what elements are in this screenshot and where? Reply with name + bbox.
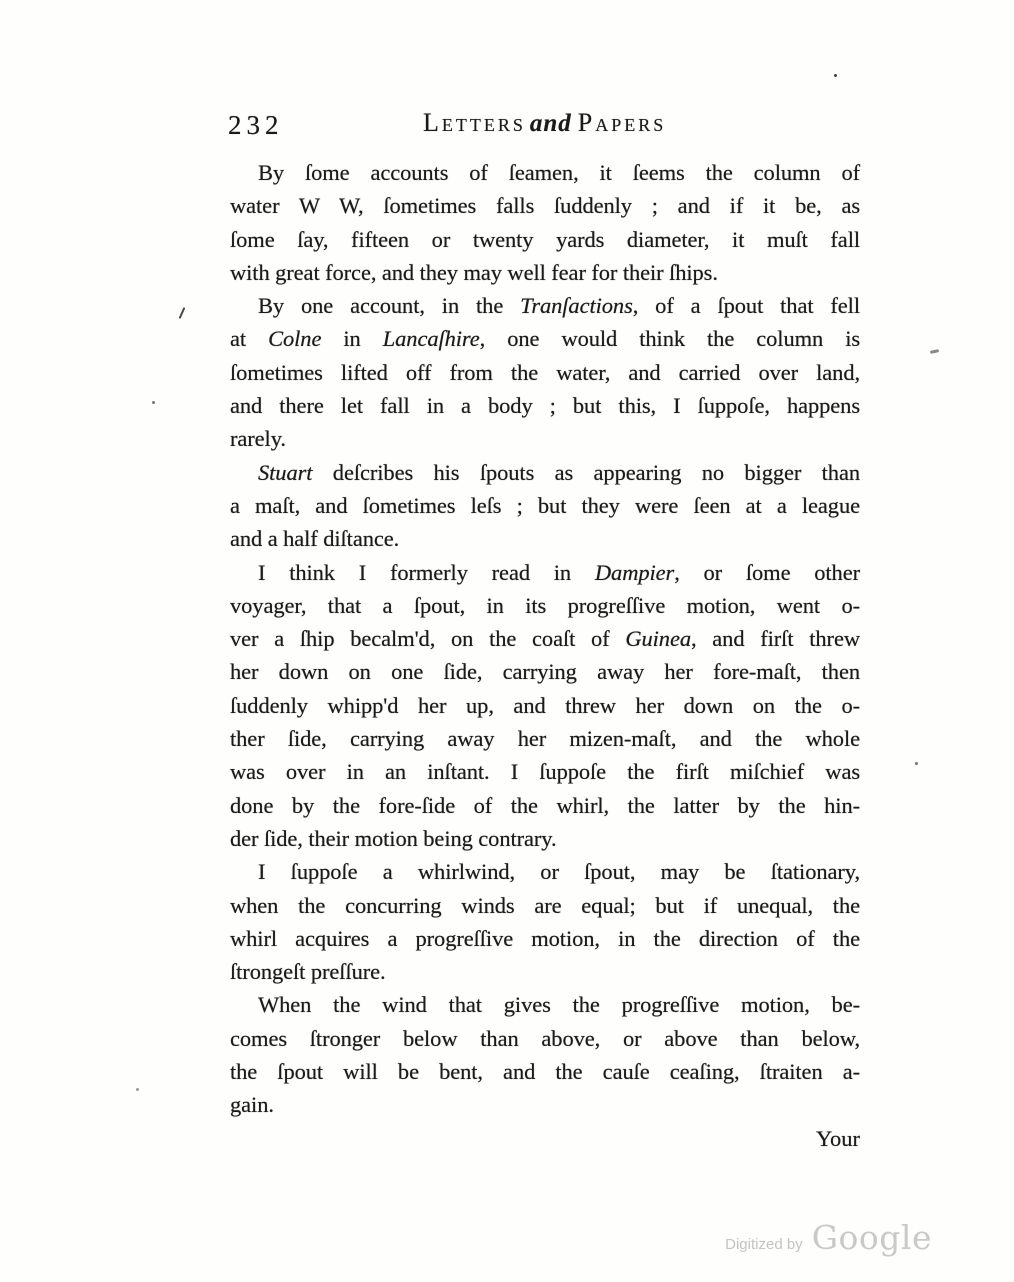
- text-segment: I ſuppoſe a whirlwind, or ſpout, may be …: [258, 859, 860, 884]
- running-title-and: and: [530, 110, 572, 137]
- text-segment: deſcribes his ſpouts as appearing no big…: [312, 460, 860, 485]
- text-line: ſuddenly whipp'd her up, and threw her d…: [230, 689, 860, 722]
- text-line: and a half diſtance.: [230, 522, 860, 555]
- text-segment: in: [321, 326, 382, 351]
- running-title-papers: Papers: [578, 108, 666, 137]
- text-line: comes ſtronger below than above, or abov…: [230, 1022, 860, 1055]
- text-segment: der ſide, their motion being contrary.: [230, 826, 557, 851]
- text-segment: , one would think the column is: [480, 326, 860, 351]
- text-line: I think I formerly read in Dampier, or ſ…: [230, 556, 860, 589]
- text-line: ſtrongeſt preſſure.: [230, 955, 860, 988]
- text-segment: rarely.: [230, 426, 286, 451]
- text-segment: ſome ſay, fifteen or twenty yards diamet…: [230, 227, 860, 252]
- text-line: By one account, in the Tranſactions, of …: [230, 289, 860, 322]
- text-body: By ſome accounts of ſeamen, it ſeems the…: [230, 156, 860, 1122]
- paragraph: I ſuppoſe a whirlwind, or ſpout, may be …: [230, 855, 860, 988]
- text-segment: whirl acquires a progreſſive motion, in …: [230, 926, 860, 951]
- ink-slash-artifact: [179, 307, 186, 319]
- text-line: when the concurring winds are equal; but…: [230, 889, 860, 922]
- paragraph: By one account, in the Tranſactions, of …: [230, 289, 860, 455]
- text-line: was over in an inſtant. I ſuppoſe the fi…: [230, 755, 860, 788]
- text-segment: was over in an inſtant. I ſuppoſe the fi…: [230, 759, 860, 784]
- paragraph: I think I formerly read in Dampier, or ſ…: [230, 556, 860, 856]
- text-line: the ſpout will be bent, and the cauſe ce…: [230, 1055, 860, 1088]
- text-line: ſome ſay, fifteen or twenty yards diamet…: [230, 223, 860, 256]
- ink-speck: [152, 401, 155, 404]
- text-segment: , of a ſpout that fell: [633, 293, 860, 318]
- paragraph: When the wind that gives the progreſſive…: [230, 988, 860, 1121]
- text-line: water W W, ſometimes falls ſuddenly ; an…: [230, 189, 860, 222]
- italic-text: Dampier: [595, 560, 674, 585]
- text-segment: her down on one ſide, carrying away her …: [230, 659, 860, 684]
- ink-smudge: [930, 349, 939, 354]
- text-line: When the wind that gives the progreſſive…: [230, 988, 860, 1021]
- italic-text: Lancaſhire: [383, 326, 480, 351]
- text-segment: ther ſide, carrying away her mizen-maſt,…: [230, 726, 860, 751]
- google-watermark: Digitized by Google: [725, 1218, 932, 1257]
- text-line: Stuart deſcribes his ſpouts as appearing…: [230, 456, 860, 489]
- italic-text: Tranſactions: [520, 293, 633, 318]
- text-segment: ſometimes lifted off from the water, and…: [230, 360, 860, 385]
- text-segment: at: [230, 326, 268, 351]
- text-segment: the ſpout will be bent, and the cauſe ce…: [230, 1059, 860, 1084]
- text-line: voyager, that a ſpout, in its progreſſiv…: [230, 589, 860, 622]
- digitized-by-label: Digitized by: [725, 1236, 803, 1253]
- running-title-letters: Letters: [423, 108, 526, 137]
- text-line: at Colne in Lancaſhire, one would think …: [230, 322, 860, 355]
- paragraph: Stuart deſcribes his ſpouts as appearing…: [230, 456, 860, 556]
- text-segment: , and firſt threw: [691, 626, 860, 651]
- text-segment: when the concurring winds are equal; but…: [230, 893, 860, 918]
- running-title: LettersandPapers: [423, 108, 666, 138]
- text-line: a maſt, and ſometimes leſs ; but they we…: [230, 489, 860, 522]
- ink-speck: [834, 74, 837, 77]
- text-segment: When the wind that gives the progreſſive…: [258, 992, 860, 1017]
- text-segment: with great force, and they may well fear…: [230, 260, 718, 285]
- text-segment: water W W, ſometimes falls ſuddenly ; an…: [230, 193, 860, 218]
- text-segment: I think I formerly read in: [258, 560, 595, 585]
- text-line: and there let fall in a body ; but this,…: [230, 389, 860, 422]
- text-line: done by the fore-ſide of the whirl, the …: [230, 789, 860, 822]
- text-line: By ſome accounts of ſeamen, it ſeems the…: [230, 156, 860, 189]
- text-line: with great force, and they may well fear…: [230, 256, 860, 289]
- text-line: I ſuppoſe a whirlwind, or ſpout, may be …: [230, 855, 860, 888]
- italic-text: Colne: [268, 326, 321, 351]
- catchword: Your: [230, 1122, 860, 1155]
- text-line: whirl acquires a progreſſive motion, in …: [230, 922, 860, 955]
- text-line: ther ſide, carrying away her mizen-maſt,…: [230, 722, 860, 755]
- text-line: ver a ſhip becalm'd, on the coaſt of Gui…: [230, 622, 860, 655]
- text-line: gain.: [230, 1088, 860, 1121]
- paragraph: By ſome accounts of ſeamen, it ſeems the…: [230, 156, 860, 289]
- text-segment: a maſt, and ſometimes leſs ; but they we…: [230, 493, 860, 518]
- ink-speck: [915, 762, 918, 765]
- text-segment: ſtrongeſt preſſure.: [230, 959, 386, 984]
- ink-speck: [136, 1088, 139, 1091]
- text-line: der ſide, their motion being contrary.: [230, 822, 860, 855]
- text-line: ſometimes lifted off from the water, and…: [230, 356, 860, 389]
- text-segment: By ſome accounts of ſeamen, it ſeems the…: [258, 160, 860, 185]
- text-segment: ſuddenly whipp'd her up, and threw her d…: [230, 693, 860, 718]
- text-segment: and a half diſtance.: [230, 526, 399, 551]
- page-number: 232: [228, 110, 284, 141]
- text-segment: voyager, that a ſpout, in its progreſſiv…: [230, 593, 860, 618]
- text-segment: done by the fore-ſide of the whirl, the …: [230, 793, 860, 818]
- text-segment: By one account, in the: [258, 293, 520, 318]
- italic-text: Guinea: [625, 626, 691, 651]
- text-segment: comes ſtronger below than above, or abov…: [230, 1026, 860, 1051]
- google-logo: Google: [812, 1218, 932, 1257]
- text-segment: gain.: [230, 1092, 274, 1117]
- book-page-scan: 232 LettersandPapers By ſome accounts of…: [0, 0, 1014, 1282]
- text-line: rarely.: [230, 422, 860, 455]
- text-segment: ver a ſhip becalm'd, on the coaſt of: [230, 626, 625, 651]
- italic-text: Stuart: [258, 460, 312, 485]
- text-segment: , or ſome other: [674, 560, 860, 585]
- text-line: her down on one ſide, carrying away her …: [230, 655, 860, 688]
- text-segment: and there let fall in a body ; but this,…: [230, 393, 860, 418]
